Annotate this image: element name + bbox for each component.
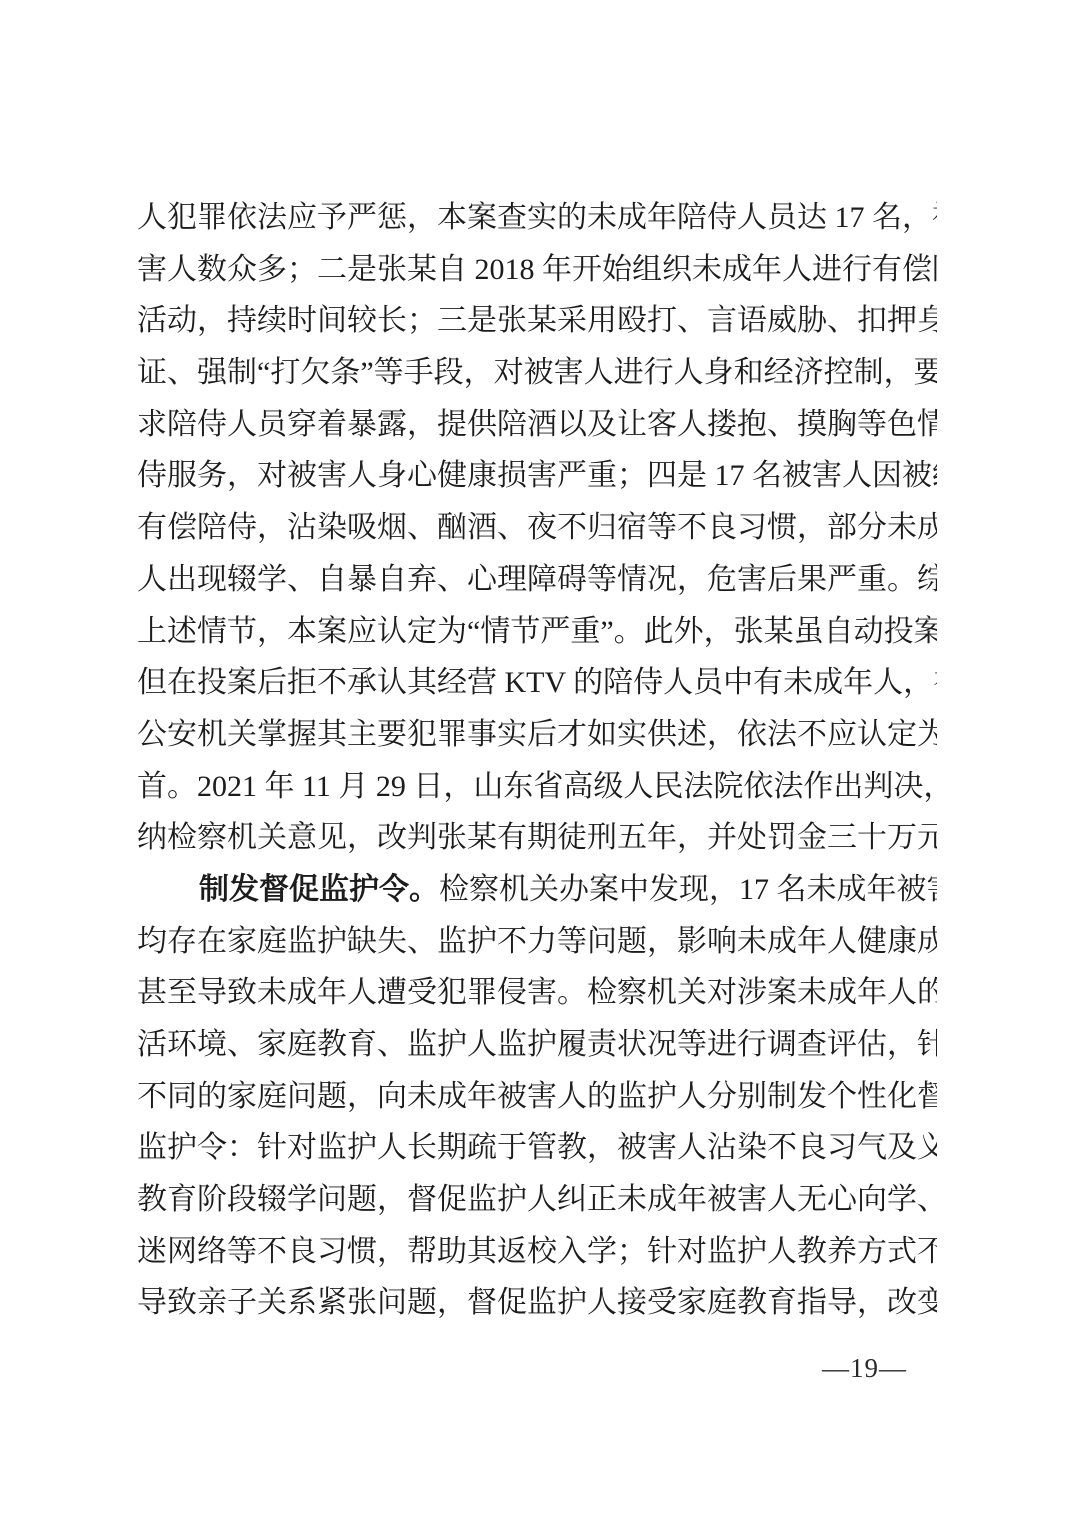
paragraph-1: 人犯罪依法应予严惩，本案查实的未成年陪侍人员达 17 名，被侵 害人数众多；二是… [137,192,937,864]
text-block: 人犯罪依法应予严惩，本案查实的未成年陪侍人员达 17 名，被侵 害人数众多；二是… [137,192,937,1329]
paragraph-lead-rest: 检察机关办案中发现，17 名未成年被害人 [439,873,937,906]
text-line: 监护令：针对监护人长期疏于管教，被害人沾染不良习气及义务 [137,1122,937,1174]
text-line: 求陪侍人员穿着暴露，提供陪酒以及让客人搂抱、摸胸等色情陪 [137,399,937,451]
text-line: 均存在家庭监护缺失、监护不力等问题，影响未成年人健康成长， [137,916,937,968]
text-line: 迷网络等不良习惯，帮助其返校入学；针对监护人教养方式不当， [137,1226,937,1278]
text-line: 人出现辍学、自暴自弃、心理障碍等情况，危害后果严重。综合 [137,554,937,606]
text-line: 活动，持续时间较长；三是张某采用殴打、言语威胁、扣押身份 [137,295,937,347]
text-line: 上述情节，本案应认定为“情节严重”。此外，张某虽自动投案， [137,606,937,658]
text-line: 制发督促监护令。检察机关办案中发现，17 名未成年被害人 [137,864,937,916]
text-line: 有偿陪侍，沾染吸烟、酗酒、夜不归宿等不良习惯，部分未成年 [137,502,937,554]
text-line: 人犯罪依法应予严惩，本案查实的未成年陪侍人员达 17 名，被侵 [137,192,937,244]
text-line: 首。2021 年 11 月 29 日，山东省高级人民法院依法作出判决，采 [137,761,937,813]
text-line: 导致亲子关系紧张问题，督促监护人接受家庭教育指导，改变简 [137,1277,937,1329]
text-line: 教育阶段辍学问题，督促监护人纠正未成年被害人无心向学、沉 [137,1174,937,1226]
text-line: 证、强制“打欠条”等手段，对被害人进行人身和经济控制，要 [137,347,937,399]
text-line: 活环境、家庭教育、监护人监护履责状况等进行调查评估，针对 [137,1019,937,1071]
text-line: 害人数众多；二是张某自 2018 年开始组织未成年人进行有偿陪侍 [137,244,937,296]
text-line: 纳检察机关意见，改判张某有期徒刑五年，并处罚金三十万元。 [137,812,937,864]
text-line: 不同的家庭问题，向未成年被害人的监护人分别制发个性化督促 [137,1071,937,1123]
document-page: 人犯罪依法应予严惩，本案查实的未成年陪侍人员达 17 名，被侵 害人数众多；二是… [0,0,1074,1520]
paragraph-lead-bold: 制发督促监护令。 [199,873,439,906]
text-line: 甚至导致未成年人遭受犯罪侵害。检察机关对涉案未成年人的生 [137,967,937,1019]
text-line: 侍服务，对被害人身心健康损害严重；四是 17 名被害人因被组织 [137,450,937,502]
text-line: 但在投案后拒不承认其经营 KTV 的陪侍人员中有未成年人，在 [137,657,937,709]
paragraph-2: 制发督促监护令。检察机关办案中发现，17 名未成年被害人 均存在家庭监护缺失、监… [137,864,937,1329]
text-line: 公安机关掌握其主要犯罪事实后才如实供述，依法不应认定为自 [137,709,937,761]
page-number: —19— [822,1348,907,1388]
